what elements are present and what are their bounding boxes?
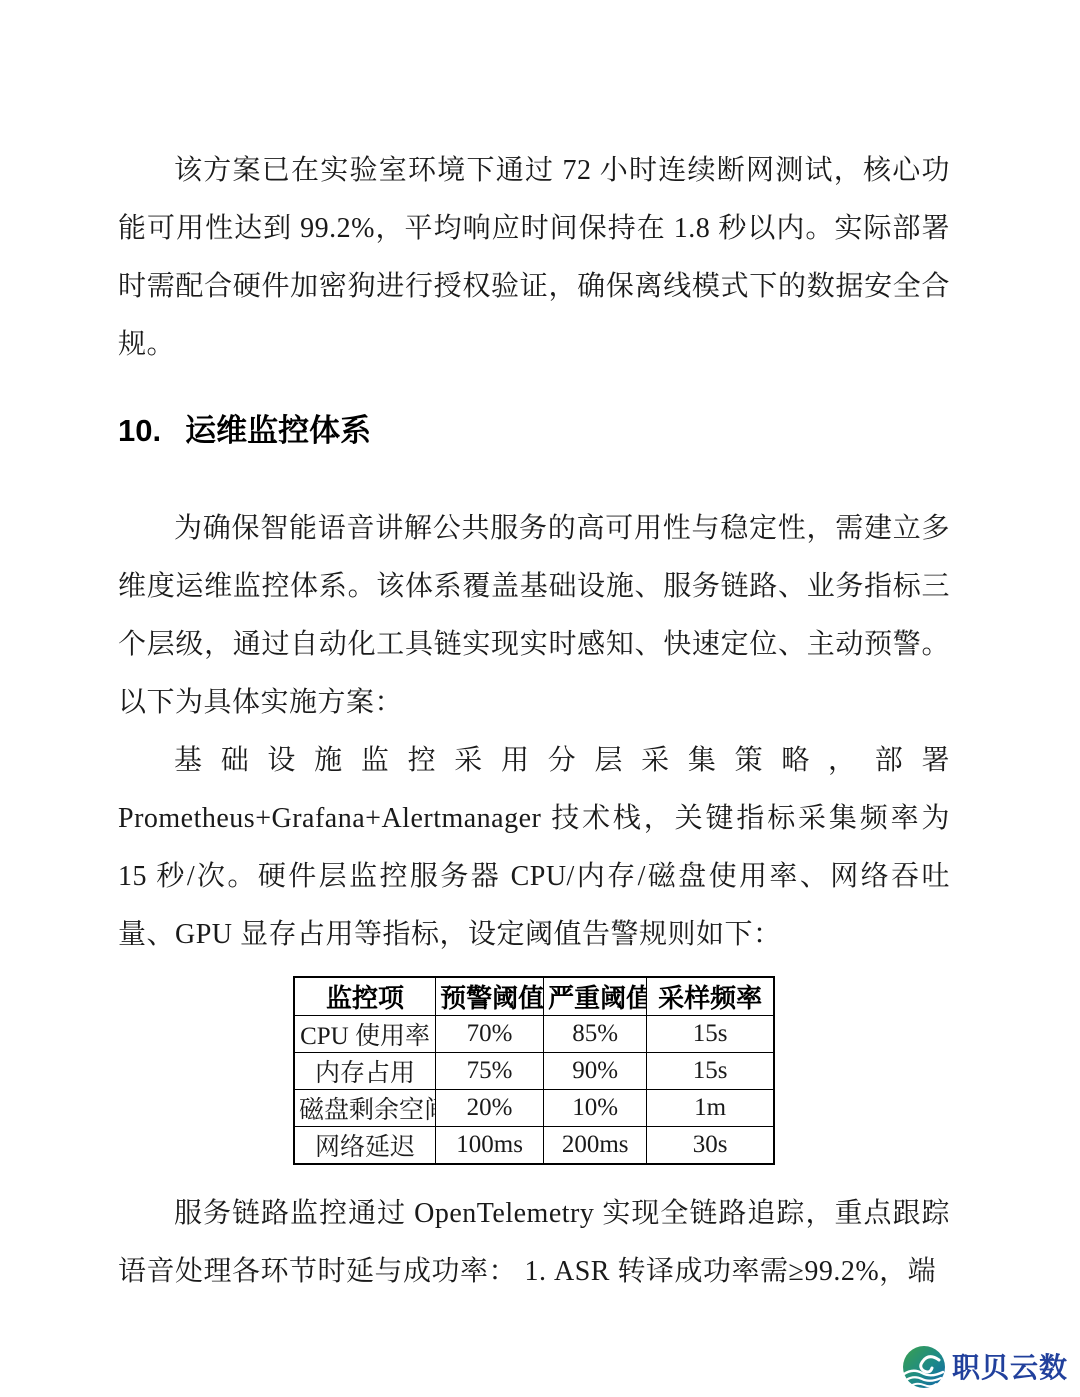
table-cell: 85% (544, 1016, 647, 1053)
brand-logo-icon (901, 1345, 947, 1391)
table-row: 网络延迟 100ms 200ms 30s (294, 1127, 774, 1165)
table-cell: 磁盘剩余空间 (294, 1090, 436, 1127)
section-number: 10. (118, 408, 161, 454)
table-cell: 90% (544, 1053, 647, 1090)
table-row: 磁盘剩余空间 20% 10% 1m (294, 1090, 774, 1127)
table-header-cell: 预警阈值 (436, 977, 544, 1016)
monitoring-threshold-table: 监控项 预警阈值 严重阈值 采样频率 CPU 使用率 70% 85% 15s 内… (293, 976, 775, 1165)
paragraph-service-chain-monitoring: 服务链路监控通过 OpenTelemetry 实现全链路追踪，重点跟踪语音处理各… (118, 1185, 950, 1301)
table-cell: 15s (647, 1053, 774, 1090)
table-cell: 30s (647, 1127, 774, 1165)
brand-logo: 职贝云数 (901, 1345, 1068, 1391)
paragraph-monitoring-overview: 为确保智能语音讲解公共服务的高可用性与稳定性，需建立多维度运维监控体系。该体系覆… (118, 500, 950, 732)
table-row: 内存占用 75% 90% 15s (294, 1053, 774, 1090)
table-row: CPU 使用率 70% 85% 15s (294, 1016, 774, 1053)
table-cell: 20% (436, 1090, 544, 1127)
table-cell: 1m (647, 1090, 774, 1127)
table-cell: 内存占用 (294, 1053, 436, 1090)
paragraph-infrastructure-monitoring: 基础设施监控采用分层采集策略，部署 Prometheus+Grafana+Ale… (118, 732, 950, 964)
table-cell: 100ms (436, 1127, 544, 1165)
table-cell: 10% (544, 1090, 647, 1127)
table-header-cell: 严重阈值 (544, 977, 647, 1016)
table-cell: 网络延迟 (294, 1127, 436, 1165)
section-heading: 10. 运维监控体系 (118, 408, 950, 454)
table-header-cell: 监控项 (294, 977, 436, 1016)
document-page: 该方案已在实验室环境下通过 72 小时连续断网测试，核心功能可用性达到 99.2… (0, 0, 1080, 1397)
table-cell: 70% (436, 1016, 544, 1053)
table-header-cell: 采样频率 (647, 977, 774, 1016)
table-cell: 75% (436, 1053, 544, 1090)
table-cell: CPU 使用率 (294, 1016, 436, 1053)
document-content: 该方案已在实验室环境下通过 72 小时连续断网测试，核心功能可用性达到 99.2… (0, 0, 1080, 1301)
section-title: 运维监控体系 (185, 408, 371, 454)
table-cell: 15s (647, 1016, 774, 1053)
paragraph-offline-test-results: 该方案已在实验室环境下通过 72 小时连续断网测试，核心功能可用性达到 99.2… (118, 142, 950, 374)
table-cell: 200ms (544, 1127, 647, 1165)
table-header-row: 监控项 预警阈值 严重阈值 采样频率 (294, 977, 774, 1016)
brand-name: 职贝云数 (952, 1354, 1068, 1382)
